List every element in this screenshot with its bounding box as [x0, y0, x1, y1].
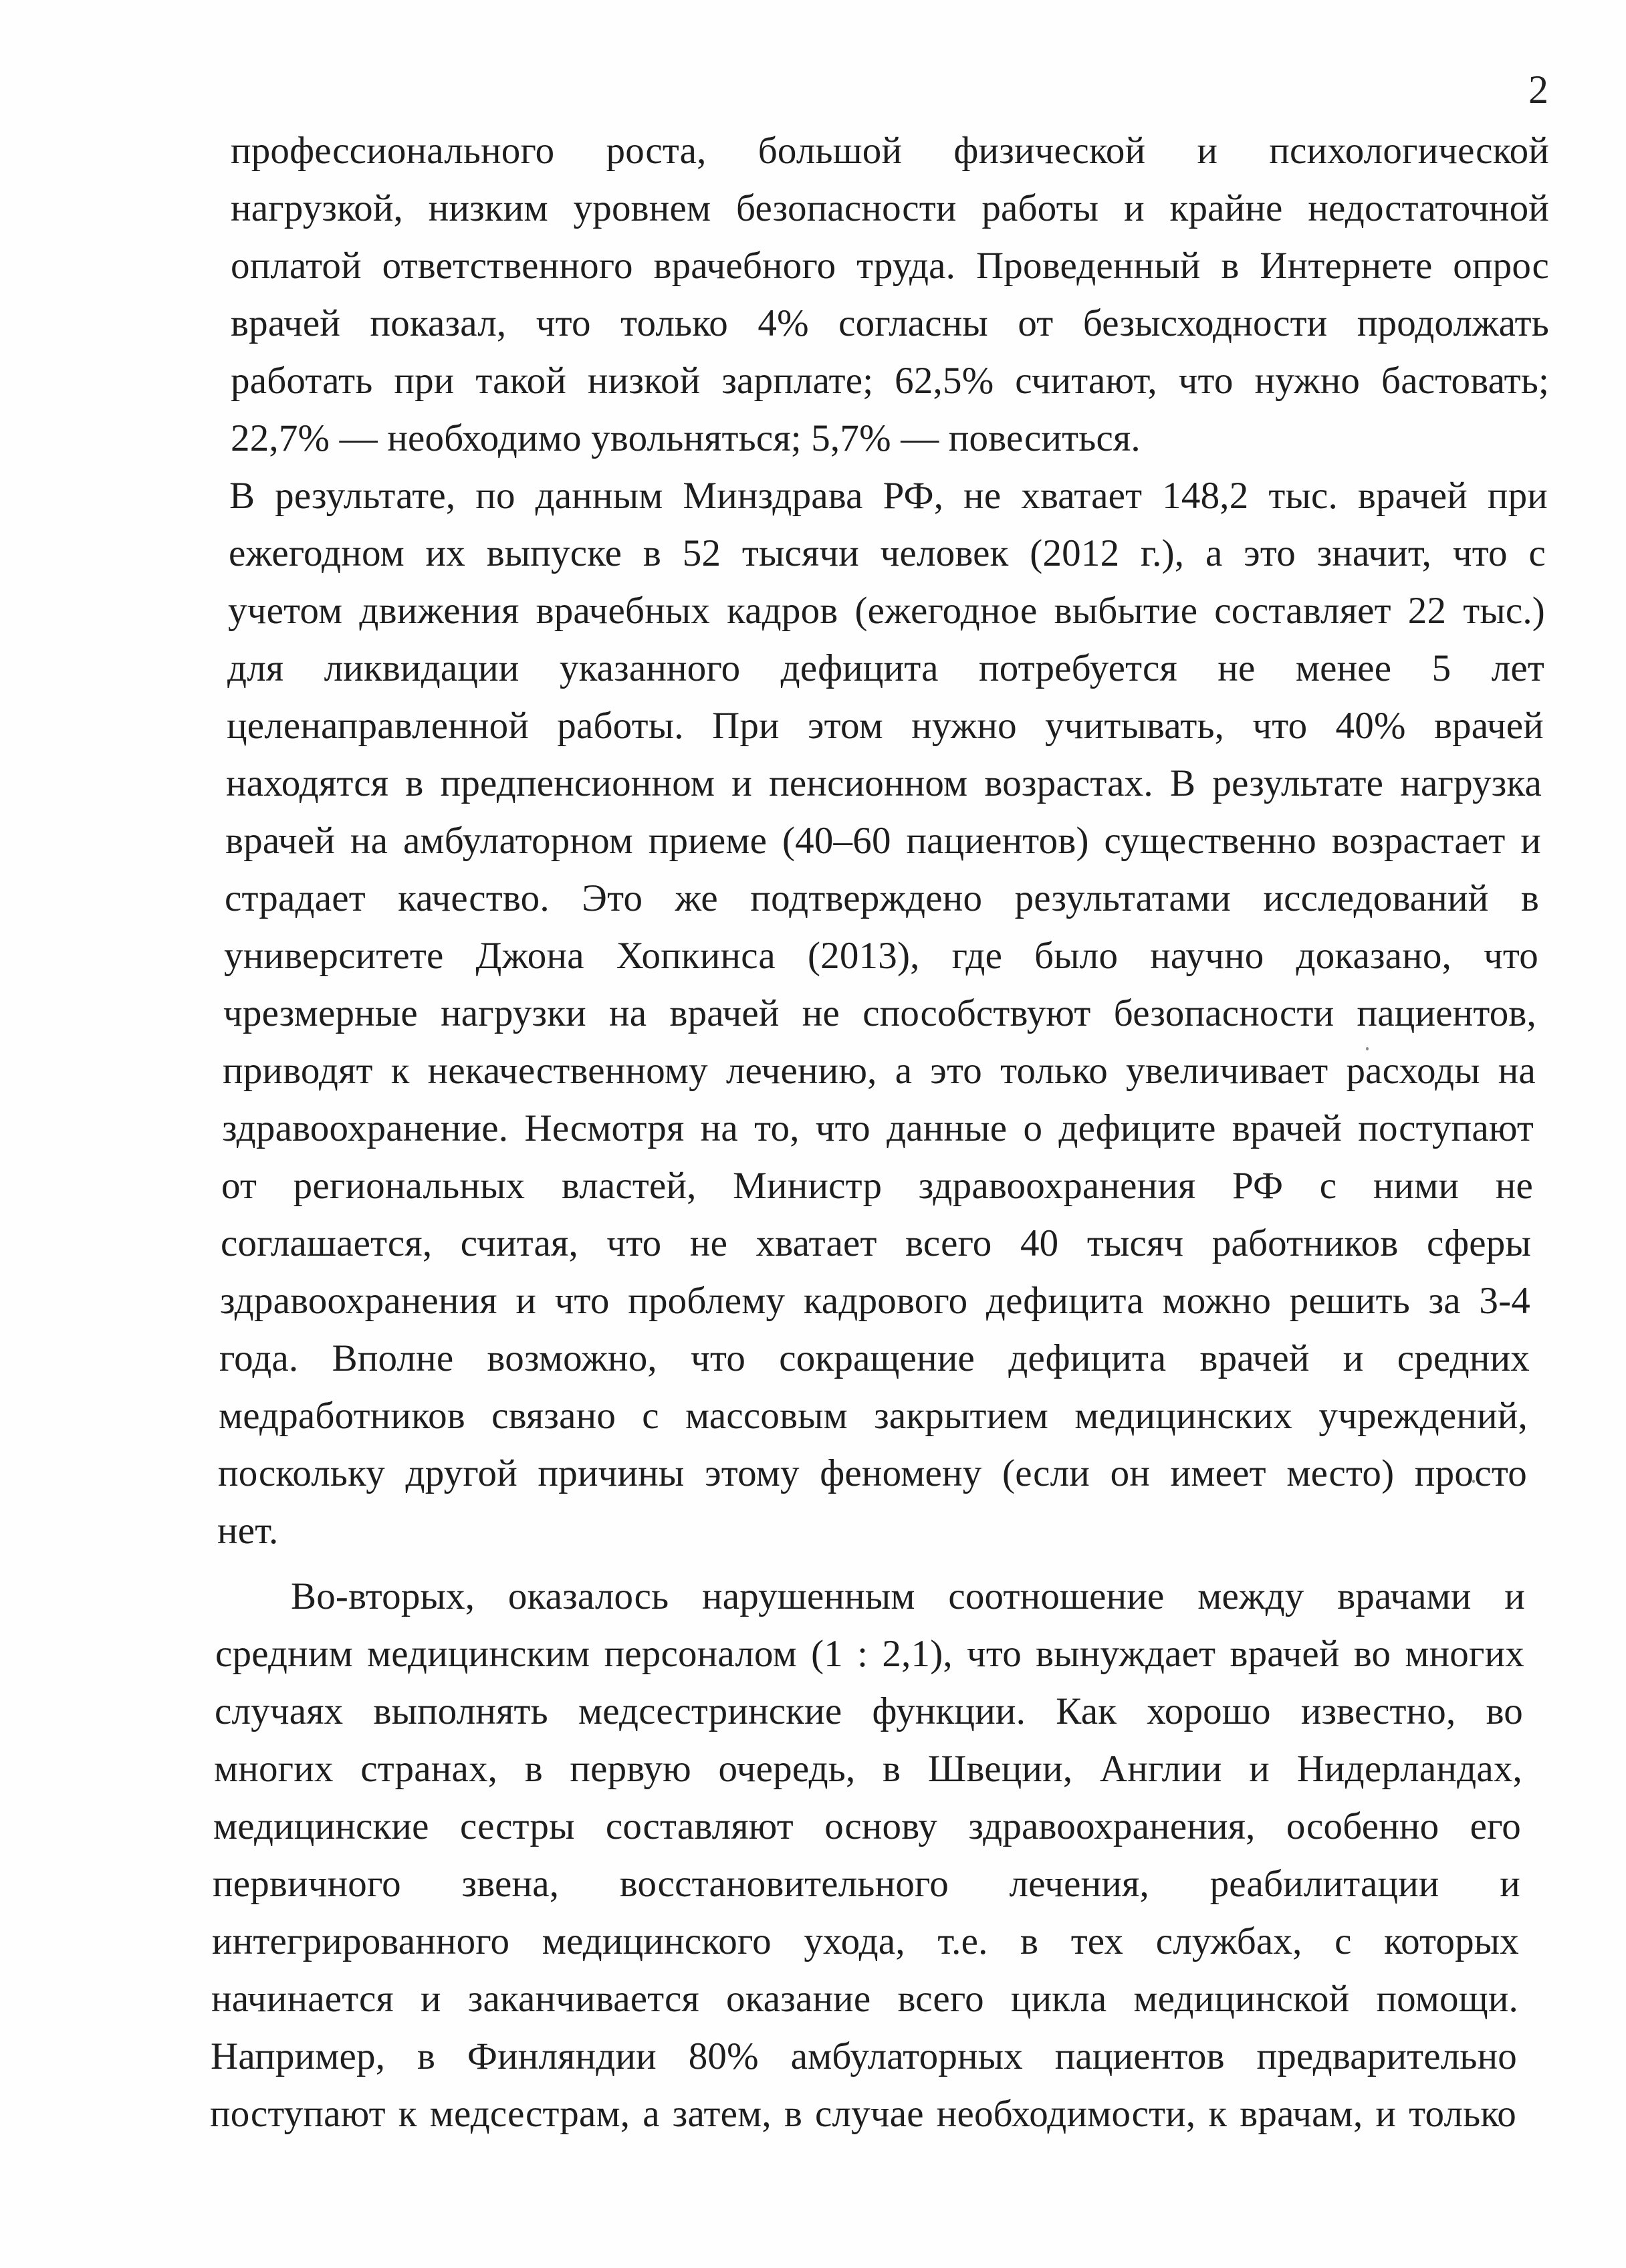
text-line: многих странах, в первую очередь, в Швец… [214, 1745, 1522, 1793]
text-line: профессионального роста, большой физичес… [231, 127, 1549, 175]
document-page: 2 профессионального роста, большой физич… [0, 0, 1626, 2268]
text-line: университете Джона Хопкинса (2013), где … [224, 932, 1538, 980]
text-line: медицинские сестры составляют основу здр… [213, 1803, 1521, 1851]
text-line: целенаправленной работы. При этом нужно … [227, 702, 1544, 750]
text-line: Например, в Финляндии 80% амбулаторных п… [211, 2033, 1517, 2081]
text-line: врачей на амбулаторном приеме (40–60 пац… [225, 817, 1541, 865]
scan-artifact [1472, 1480, 1475, 1483]
text-line: здравоохранение. Несмотря на то, что дан… [222, 1105, 1534, 1153]
text-line: В результате, по данным Минздрава РФ, не… [229, 472, 1548, 520]
text-line: Во-вторых, оказалось нарушенным соотноше… [291, 1573, 1525, 1621]
text-line: года. Вполне возможно, что сокращение де… [219, 1335, 1530, 1383]
text-line: приводят к некачественному лечению, а эт… [223, 1047, 1536, 1095]
text-line: учетом движения врачебных кадров (ежегод… [228, 587, 1545, 635]
text-line: для ликвидации указанного дефицита потре… [227, 645, 1544, 693]
text-line: оплатой ответственного врачебного труда.… [231, 242, 1549, 290]
text-line: работать при такой низкой зарплате; 62,5… [231, 357, 1549, 405]
text-line: от региональных властей, Министр здравоо… [221, 1162, 1533, 1210]
text-line: врачей показал, что только 4% согласны о… [231, 300, 1549, 348]
text-line: чрезмерные нагрузки на врачей не способс… [223, 990, 1536, 1038]
text-line: здравоохранения и что проблему кадрового… [220, 1277, 1530, 1325]
text-line: ежегодном их выпуске в 52 тысячи человек… [229, 530, 1546, 578]
text-line: случаях выполнять медсестринские функции… [215, 1688, 1523, 1736]
text-line: медработников связано с массовым закрыти… [219, 1392, 1528, 1440]
text-line: нагрузкой, низким уровнем безопасности р… [231, 185, 1549, 233]
text-line: средним медицинским персоналом (1 : 2,1)… [215, 1630, 1524, 1678]
page-number: 2 [1528, 70, 1548, 110]
text-line: поступают к медсестрам, а затем, в случа… [210, 2090, 1516, 2138]
text-line: поскольку другой причины этому феномену … [218, 1450, 1527, 1498]
text-line: 22,7% — необходимо увольняться; 5,7% — п… [231, 415, 1549, 463]
text-line: страдает качество. Это же подтверждено р… [225, 875, 1539, 923]
text-line: соглашается, считая, что не хватает всег… [221, 1220, 1531, 1268]
text-line: первичного звена, восстановительного леч… [213, 1860, 1520, 1908]
scan-artifact [1366, 1047, 1369, 1050]
text-line: начинается и заканчивается оказание всег… [211, 1975, 1518, 2023]
text-line: интегрированного медицинского ухода, т.е… [212, 1918, 1519, 1966]
text-line: находятся в предпенсионном и пенсионном … [226, 760, 1542, 808]
text-line: нет. [217, 1507, 1526, 1555]
